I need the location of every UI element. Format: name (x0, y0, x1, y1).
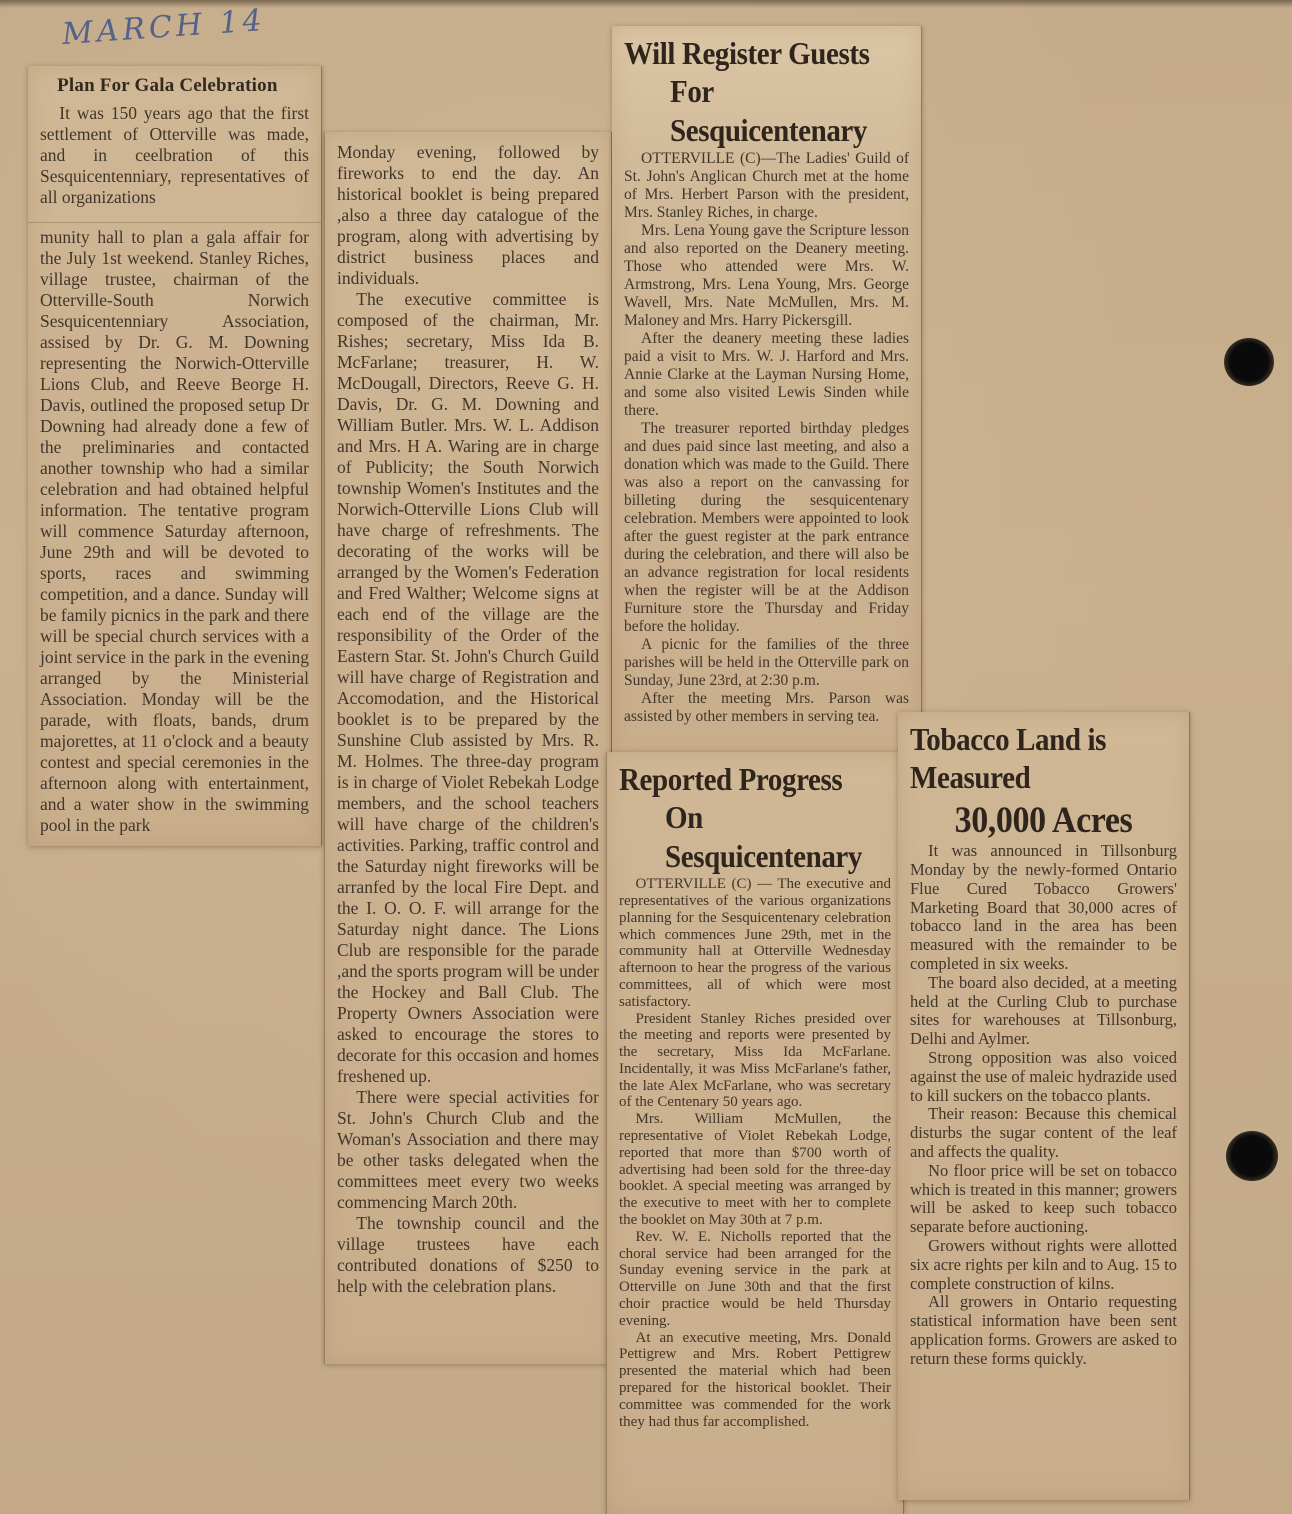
article-paragraph: Their reason: Because this chemical dist… (910, 1105, 1177, 1161)
punch-hole (1224, 338, 1274, 386)
article-paragraph: After the meeting Mrs. Parson was assist… (624, 690, 909, 726)
article-paragraph: It was 150 years ago that the first sett… (40, 103, 309, 208)
clipping-plan-for-gala-celebration: Plan For Gala Celebration It was 150 yea… (28, 66, 322, 846)
article-paragraph: Growers without rights were allotted six… (910, 1237, 1177, 1293)
article-paragraph: President Stanley Riches presided over t… (619, 1011, 891, 1112)
article-paragraph: Strong opposition was also voiced agains… (910, 1049, 1177, 1105)
article-headline: Reported Progress On Sesquicentenary (619, 762, 891, 877)
article-paragraph: OTTERVILLE (C) — The executive and repre… (619, 876, 891, 1010)
headline-line-2: 30,000 Acres (910, 798, 1177, 843)
article-paragraph: After the deanery meeting these ladies p… (624, 330, 909, 420)
article-headline: Plan For Gala Celebration (40, 76, 309, 97)
article-paragraph: It was announced in Tillsonburg Monday b… (910, 842, 1177, 974)
headline-line-1: Will Register Guests (624, 37, 869, 72)
clipping-will-register-guests: Will Register Guests For Sesquicentenary… (612, 26, 922, 762)
clipping-seam (28, 210, 321, 223)
article-paragraph: The board also decided, at a meeting hel… (910, 974, 1177, 1049)
article-paragraph: A picnic for the families of the three p… (624, 636, 909, 690)
article-paragraph: The treasurer reported birthday pledges … (624, 420, 909, 636)
clipping-reported-progress: Reported Progress On Sesquicentenary OTT… (606, 752, 904, 1514)
article-paragraph: There were special activities for St. Jo… (337, 1087, 599, 1213)
headline-line-2: For Sesquicentenary (624, 74, 909, 150)
headline-line-1: Reported Progress (619, 763, 842, 798)
article-paragraph: Mrs. Lena Young gave the Scripture lesso… (624, 222, 909, 330)
article-paragraph: The township council and the village tru… (337, 1213, 599, 1297)
headline-line-1: Tobacco Land is Measured (910, 723, 1106, 796)
article-headline: Tobacco Land is Measured 30,000 Acres (910, 722, 1177, 843)
clipping-continuation-column: Monday evening, followed by fireworks to… (324, 132, 612, 1364)
article-headline: Will Register Guests For Sesquicentenary (624, 36, 909, 151)
clipping-tobacco-land-measured: Tobacco Land is Measured 30,000 Acres It… (898, 712, 1190, 1500)
article-paragraph: munity hall to plan a gala affair for th… (40, 227, 309, 836)
handwritten-date-march-14: MARCH 14 (61, 3, 267, 52)
article-paragraph: At an executive meeting, Mrs. Donald Pet… (619, 1330, 891, 1431)
article-paragraph: All growers in Ontario requesting statis… (910, 1293, 1177, 1368)
punch-hole (1226, 1131, 1278, 1181)
headline-line-2: On Sesquicentenary (619, 800, 891, 876)
article-paragraph: Mrs. William McMullen, the representativ… (619, 1111, 891, 1229)
scrapbook-page: MARCH 14 June/ 5 7 July Mar Plan For Gal… (0, 0, 1292, 1514)
article-paragraph: The executive committee is composed of t… (337, 289, 599, 1087)
article-paragraph: No floor price will be set on tobacco wh… (910, 1162, 1177, 1237)
article-paragraph: OTTERVILLE (C)—The Ladies' Guild of St. … (624, 150, 909, 222)
article-paragraph: Monday evening, followed by fireworks to… (337, 142, 599, 289)
article-paragraph: Rev. W. E. Nicholls reported that the ch… (619, 1229, 891, 1330)
